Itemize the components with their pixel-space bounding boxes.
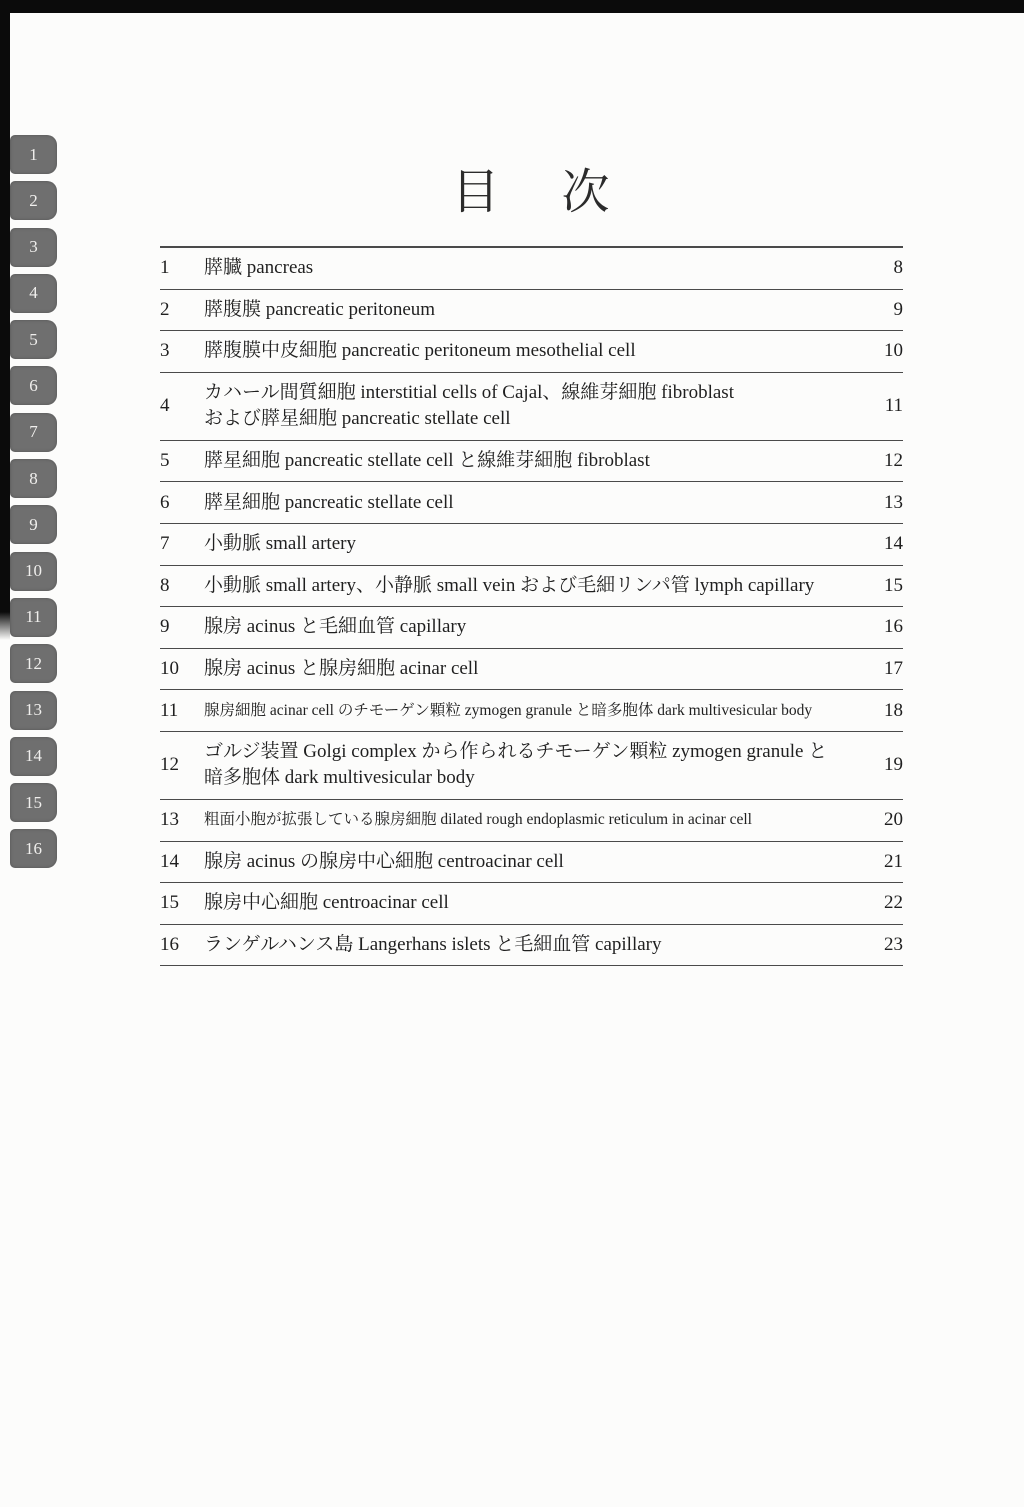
toc-entry-line: 暗多胞体 dark multivesicular body: [204, 765, 857, 791]
toc-entry-page-number: 18: [863, 700, 903, 722]
toc-row: 2 膵腹膜 pancreatic peritoneum 9: [160, 290, 903, 332]
toc-table: 1 膵臓 pancreas 8 2 膵腹膜 pancreatic periton…: [160, 246, 903, 966]
chapter-tab-15[interactable]: 15: [10, 783, 57, 822]
toc-row: 13 粗面小胞が拡張している腺房細胞 dilated rough endopla…: [160, 800, 903, 842]
toc-entry-title: 小動脈 small artery、小静脈 small vein および毛細リンパ…: [204, 573, 863, 599]
toc-entry-number: 7: [160, 533, 204, 555]
chapter-tab-10[interactable]: 10: [10, 552, 57, 591]
chapter-tab-11[interactable]: 11: [10, 598, 57, 637]
chapter-tab-3[interactable]: 3: [10, 228, 57, 267]
toc-entry-title: 膵腹膜中皮細胞 pancreatic peritoneum mesothelia…: [204, 338, 863, 364]
toc-entry-line: ランゲルハンス島 Langerhans islets と毛細血管 capilla…: [204, 932, 857, 958]
toc-entry-number: 8: [160, 575, 204, 597]
toc-entry-page-number: 20: [863, 809, 903, 831]
toc-entry-title: 小動脈 small artery: [204, 531, 863, 557]
toc-entry-line: 粗面小胞が拡張している腺房細胞 dilated rough endoplasmi…: [204, 807, 857, 833]
toc-entry-title: 腺房 acinus と腺房細胞 acinar cell: [204, 656, 863, 682]
toc-entry-number: 3: [160, 340, 204, 362]
toc-entry-title: 腺房細胞 acinar cell のチモーゲン顆粒 zymogen granul…: [204, 698, 863, 724]
toc-entry-line: ゴルジ装置 Golgi complex から作られるチモーゲン顆粒 zymoge…: [204, 739, 857, 765]
chapter-tab-8[interactable]: 8: [10, 459, 57, 498]
scan-edge-left-fade: [0, 612, 10, 640]
scan-edge-top: [0, 0, 1024, 13]
chapter-tab-14[interactable]: 14: [10, 737, 57, 776]
toc-entry-line: 膵臓 pancreas: [204, 255, 857, 281]
toc-entry-number: 13: [160, 809, 204, 831]
toc-entry-number: 15: [160, 892, 204, 914]
toc-entry-number: 1: [160, 257, 204, 279]
toc-entry-line: および膵星細胞 pancreatic stellate cell: [204, 406, 857, 432]
toc-entry-line: 腺房 acinus の腺房中心細胞 centroacinar cell: [204, 849, 857, 875]
toc-entry-number: 11: [160, 700, 204, 722]
toc-entry-page-number: 19: [863, 754, 903, 776]
toc-entry-title: ランゲルハンス島 Langerhans islets と毛細血管 capilla…: [204, 932, 863, 958]
toc-entry-title: 膵星細胞 pancreatic stellate cell と線維芽細胞 fib…: [204, 448, 863, 474]
toc-row: 1 膵臓 pancreas 8: [160, 248, 903, 290]
toc-row: 8 小動脈 small artery、小静脈 small vein および毛細リ…: [160, 566, 903, 608]
toc-entry-page-number: 14: [863, 533, 903, 555]
toc-entry-line: 腺房 acinus と毛細血管 capillary: [204, 614, 857, 640]
toc-entry-line: 膵腹膜中皮細胞 pancreatic peritoneum mesothelia…: [204, 338, 857, 364]
chapter-tab-1[interactable]: 1: [10, 135, 57, 174]
toc-page: 12345678910111213141516 目 次 1 膵臓 pancrea…: [0, 0, 1024, 1507]
toc-entry-line: 膵星細胞 pancreatic stellate cell と線維芽細胞 fib…: [204, 448, 857, 474]
toc-row: 4 カハール間質細胞 interstitial cells of Cajal、線…: [160, 373, 903, 441]
toc-entry-line: 小動脈 small artery: [204, 531, 857, 557]
toc-row: 12 ゴルジ装置 Golgi complex から作られるチモーゲン顆粒 zym…: [160, 732, 903, 800]
toc-entry-number: 16: [160, 934, 204, 956]
chapter-tab-13[interactable]: 13: [10, 691, 57, 730]
toc-entry-number: 5: [160, 450, 204, 472]
toc-entry-line: 小動脈 small artery、小静脈 small vein および毛細リンパ…: [204, 573, 857, 599]
toc-entry-title: 膵腹膜 pancreatic peritoneum: [204, 297, 863, 323]
toc-entry-number: 2: [160, 299, 204, 321]
chapter-tab-9[interactable]: 9: [10, 505, 57, 544]
toc-row: 11 腺房細胞 acinar cell のチモーゲン顆粒 zymogen gra…: [160, 690, 903, 732]
toc-entry-number: 9: [160, 616, 204, 638]
toc-entry-title: 腺房 acinus の腺房中心細胞 centroacinar cell: [204, 849, 863, 875]
toc-entry-page-number: 21: [863, 851, 903, 873]
toc-entry-page-number: 10: [863, 340, 903, 362]
toc-entry-title: ゴルジ装置 Golgi complex から作られるチモーゲン顆粒 zymoge…: [204, 739, 863, 791]
toc-entry-page-number: 13: [863, 492, 903, 514]
toc-entry-number: 4: [160, 395, 204, 417]
toc-row: 14 腺房 acinus の腺房中心細胞 centroacinar cell 2…: [160, 842, 903, 884]
toc-row: 5 膵星細胞 pancreatic stellate cell と線維芽細胞 f…: [160, 441, 903, 483]
toc-entry-page-number: 16: [863, 616, 903, 638]
toc-row: 10 腺房 acinus と腺房細胞 acinar cell 17: [160, 649, 903, 691]
toc-entry-line: 腺房細胞 acinar cell のチモーゲン顆粒 zymogen granul…: [204, 698, 857, 724]
toc-row: 3 膵腹膜中皮細胞 pancreatic peritoneum mesothel…: [160, 331, 903, 373]
toc-row: 6 膵星細胞 pancreatic stellate cell 13: [160, 482, 903, 524]
toc-entry-title: 腺房 acinus と毛細血管 capillary: [204, 614, 863, 640]
chapter-tab-16[interactable]: 16: [10, 829, 57, 868]
toc-entry-line: 腺房 acinus と腺房細胞 acinar cell: [204, 656, 857, 682]
toc-entry-page-number: 12: [863, 450, 903, 472]
toc-entry-page-number: 22: [863, 892, 903, 914]
toc-entry-line: カハール間質細胞 interstitial cells of Cajal、線維芽…: [204, 380, 857, 406]
chapter-tab-2[interactable]: 2: [10, 181, 57, 220]
toc-entry-page-number: 9: [863, 299, 903, 321]
toc-entry-page-number: 15: [863, 575, 903, 597]
page-title: 目 次: [160, 153, 903, 222]
toc-entry-line: 腺房中心細胞 centroacinar cell: [204, 890, 857, 916]
toc-entry-page-number: 17: [863, 658, 903, 680]
toc-entry-line: 膵腹膜 pancreatic peritoneum: [204, 297, 857, 323]
chapter-tab-7[interactable]: 7: [10, 413, 57, 452]
toc-entry-line: 膵星細胞 pancreatic stellate cell: [204, 490, 857, 516]
toc-entry-number: 14: [160, 851, 204, 873]
toc-entry-page-number: 11: [863, 395, 903, 417]
toc-entry-page-number: 8: [863, 257, 903, 279]
chapter-tab-4[interactable]: 4: [10, 274, 57, 313]
toc-entry-title: カハール間質細胞 interstitial cells of Cajal、線維芽…: [204, 380, 863, 432]
toc-row: 15 腺房中心細胞 centroacinar cell 22: [160, 883, 903, 925]
toc-row: 16 ランゲルハンス島 Langerhans islets と毛細血管 capi…: [160, 925, 903, 967]
chapter-tab-12[interactable]: 12: [10, 644, 57, 683]
chapter-tab-strip: 12345678910111213141516: [10, 135, 57, 876]
chapter-tab-5[interactable]: 5: [10, 320, 57, 359]
scan-edge-left: [0, 0, 10, 612]
toc-entry-title: 膵星細胞 pancreatic stellate cell: [204, 490, 863, 516]
toc-entry-title: 腺房中心細胞 centroacinar cell: [204, 890, 863, 916]
chapter-tab-6[interactable]: 6: [10, 366, 57, 405]
toc-entry-number: 10: [160, 658, 204, 680]
toc-entry-number: 6: [160, 492, 204, 514]
toc-entry-title: 膵臓 pancreas: [204, 255, 863, 281]
toc-entry-page-number: 23: [863, 934, 903, 956]
toc-entry-number: 12: [160, 754, 204, 776]
toc-entry-title: 粗面小胞が拡張している腺房細胞 dilated rough endoplasmi…: [204, 807, 863, 833]
toc-row: 9 腺房 acinus と毛細血管 capillary 16: [160, 607, 903, 649]
toc-row: 7 小動脈 small artery 14: [160, 524, 903, 566]
